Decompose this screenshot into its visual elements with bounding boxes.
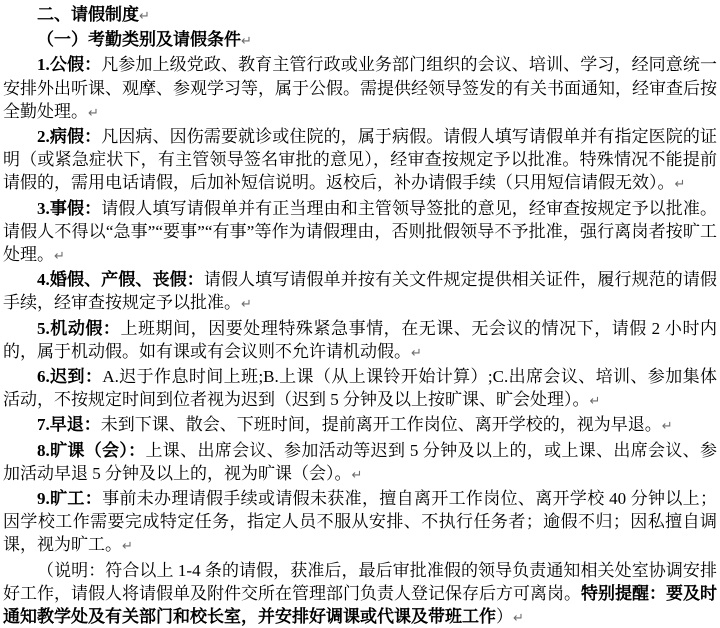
paragraph-mark: ↵ (590, 394, 601, 409)
item-label: 1.公假： (37, 55, 101, 74)
title-text: 二、请假制度 (37, 5, 139, 24)
item-label: 4.婚假、产假、丧假： (37, 270, 204, 289)
item-label: 2.病假： (37, 127, 101, 146)
paragraph-9-absenteeism: 9.旷工：事前未办理请假手续或请假未获准，擅自离开工作岗位、离开学校 40 分钟… (3, 487, 717, 559)
paragraph-mark: ↵ (88, 106, 99, 121)
item-label: 9.旷工： (37, 489, 102, 508)
paragraph-mark: ↵ (139, 9, 150, 24)
item-label: 3.事假： (37, 199, 101, 218)
paragraph-6-lateness: 6.迟到：A.迟于作息时间上班;B.上课（从上课铃开始计算）;C.出席会议、培训… (3, 365, 717, 413)
paragraph-5-flexible-leave: 5.机动假：上班期间，因要处理特殊紧急事情，在无课、无会议的情况下，请假 2 小… (3, 317, 717, 365)
document-title: 二、请假制度↵ (3, 3, 717, 28)
item-label: 8.旷课（会）： (37, 441, 145, 460)
document-subtitle: （一）考勤类别及请假条件↵ (3, 28, 717, 53)
item-label: 7.早退： (37, 415, 101, 434)
item-text: 请假人填写请假单并有正当理由和主管领导签批的意见，经审查按规定予以批准。请假人不… (3, 199, 717, 264)
paragraph-1-public-leave: 1.公假：凡参加上级党政、教育主管行政或业务部门组织的会议、培训、学习，经同意统… (3, 53, 717, 125)
document-page: 二、请假制度↵ （一）考勤类别及请假条件↵ 1.公假：凡参加上级党政、教育主管行… (0, 0, 720, 628)
subtitle-text: （一）考勤类别及请假条件 (37, 30, 241, 49)
paragraph-7-early-leaving: 7.早退：未到下课、散会、下班时间，提前离开工作岗位、离开学校的，视为早退。↵ (3, 413, 717, 438)
item-label: 6.迟到： (37, 367, 102, 386)
item-text: 事前未办理请假手续或请假未获准，擅自离开工作岗位、离开学校 40 分钟以上；因学… (3, 489, 717, 554)
item-text: 凡参加上级党政、教育主管行政或业务部门组织的会议、培训、学习，经同意统一安排外出… (3, 55, 717, 120)
paragraph-mark: ↵ (241, 297, 252, 312)
item-text: A.迟于作息时间上班;B.上课（从上课铃开始计算）;C.出席会议、培训、参加集体… (3, 367, 717, 409)
note-closing: ） (496, 607, 513, 626)
paragraph-3-personal-leave: 3.事假：请假人填写请假单并有正当理由和主管领导签批的意见，经审查按规定予以批准… (3, 197, 717, 269)
paragraph-mark: ↵ (54, 249, 65, 264)
paragraph-note: （说明：符合以上 1-4 条的请假，获准后，最后审批准假的领导负责通知相关处室协… (3, 559, 717, 628)
item-text: 凡因病、因伤需要就诊或住院的，属于病假。请假人填写请假单并有指定医院的证明（或紧… (3, 127, 717, 192)
paragraph-mark: ↵ (122, 539, 133, 554)
item-text: 未到下课、散会、下班时间，提前离开工作岗位、离开学校的，视为早退。 (101, 415, 662, 434)
paragraph-8-class-meeting-absence: 8.旷课（会）：上课、出席会议、参加活动等迟到 5 分钟及以上的，或上课、出席会… (3, 439, 717, 487)
paragraph-mark: ↵ (513, 611, 524, 626)
paragraph-2-sick-leave: 2.病假：凡因病、因伤需要就诊或住院的，属于病假。请假人填写请假单并有指定医院的… (3, 125, 717, 197)
item-label: 5.机动假： (37, 319, 120, 338)
paragraph-mark: ↵ (352, 468, 363, 483)
paragraph-mark: ↵ (675, 177, 686, 192)
paragraph-mark: ↵ (411, 346, 422, 361)
paragraph-4-marriage-maternity-bereavement-leave: 4.婚假、产假、丧假：请假人填写请假单并按有关文件规定提供相关证件，履行规范的请… (3, 268, 717, 316)
paragraph-mark: ↵ (241, 34, 252, 49)
paragraph-mark: ↵ (662, 419, 673, 434)
